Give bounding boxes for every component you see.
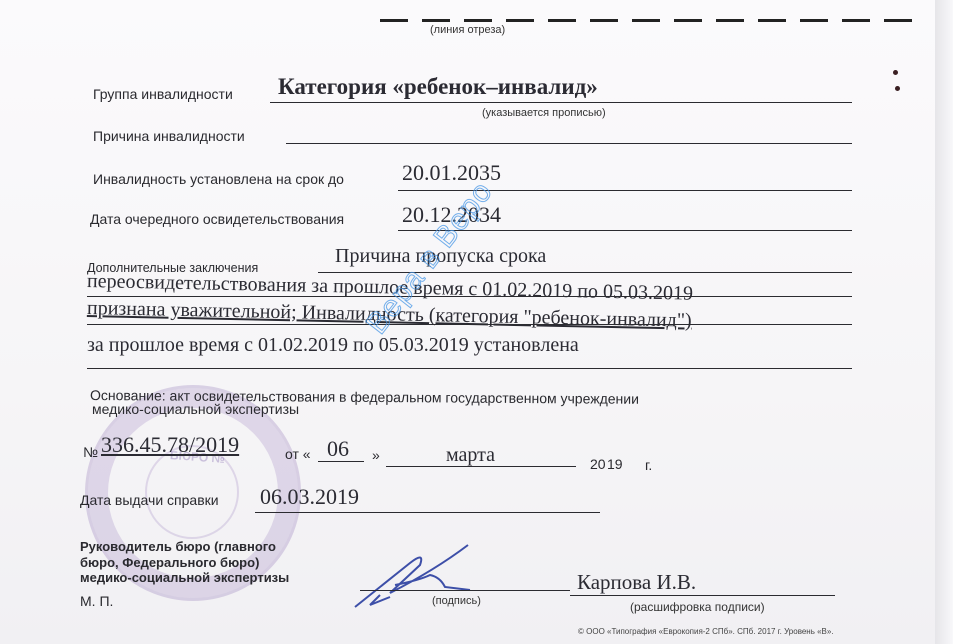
disability-group-label: Группа инвалидности <box>93 86 233 102</box>
field-underline <box>318 461 364 462</box>
signatory-title-2: бюро, Федерального бюро) <box>80 555 259 570</box>
disability-group-hint: (указывается прописью) <box>482 107 606 119</box>
paper-edge <box>935 0 953 644</box>
field-underline <box>386 466 576 467</box>
cut-line-label: (линия отреза) <box>430 24 505 36</box>
act-from-label: от « <box>285 446 311 462</box>
act-day: 06 <box>327 436 349 462</box>
disability-group-value: Категория «ребенок–инвалид» <box>278 74 598 100</box>
field-underline <box>270 102 852 103</box>
additional-line-4: за прошлое время с 01.02.2019 по 05.03.2… <box>87 334 579 357</box>
signature-underline <box>360 590 570 591</box>
act-year-prefix: 20 <box>590 456 606 472</box>
term-label: Инвалидность установлена на срок до <box>93 171 344 187</box>
signature-caption: (подпись) <box>432 595 481 607</box>
act-month: марта <box>446 444 495 467</box>
term-value: 20.01.2035 <box>402 160 501 186</box>
issue-date-label: Дата выдачи справки <box>80 492 219 508</box>
act-close-quote: » <box>372 447 380 463</box>
field-underline <box>570 595 835 596</box>
printer-footer: © ООО «Типография «Еврокопия-2 СПб». СПб… <box>578 627 834 636</box>
field-underline <box>87 368 852 369</box>
seal-label: М. П. <box>80 593 113 609</box>
punch-dot <box>895 86 900 91</box>
basis-line-2: медико-социальной экспертизы <box>92 401 299 417</box>
signatory-title-1: Руководитель бюро (главного <box>80 539 276 554</box>
field-underline <box>255 512 600 513</box>
act-number-prefix: № <box>83 444 98 460</box>
act-year-suffix: 19 <box>607 456 623 472</box>
issue-date-value: 06.03.2019 <box>260 484 359 510</box>
cut-line <box>380 19 925 22</box>
act-number: 336.45.78/2019 <box>101 432 239 458</box>
disability-reason-label: Причина инвалидности <box>93 128 245 144</box>
next-exam-label: Дата очередного освидетельствования <box>90 211 344 227</box>
signatory-name: Карпова И.В. <box>577 570 696 595</box>
act-year-label: г. <box>645 457 652 473</box>
signatory-title-3: медико-социальной экспертизы <box>80 570 289 585</box>
field-underline <box>87 324 852 325</box>
field-underline <box>286 143 852 144</box>
punch-dot <box>893 70 898 75</box>
field-underline <box>87 296 852 297</box>
signatory-name-caption: (расшифровка подписи) <box>630 600 765 614</box>
